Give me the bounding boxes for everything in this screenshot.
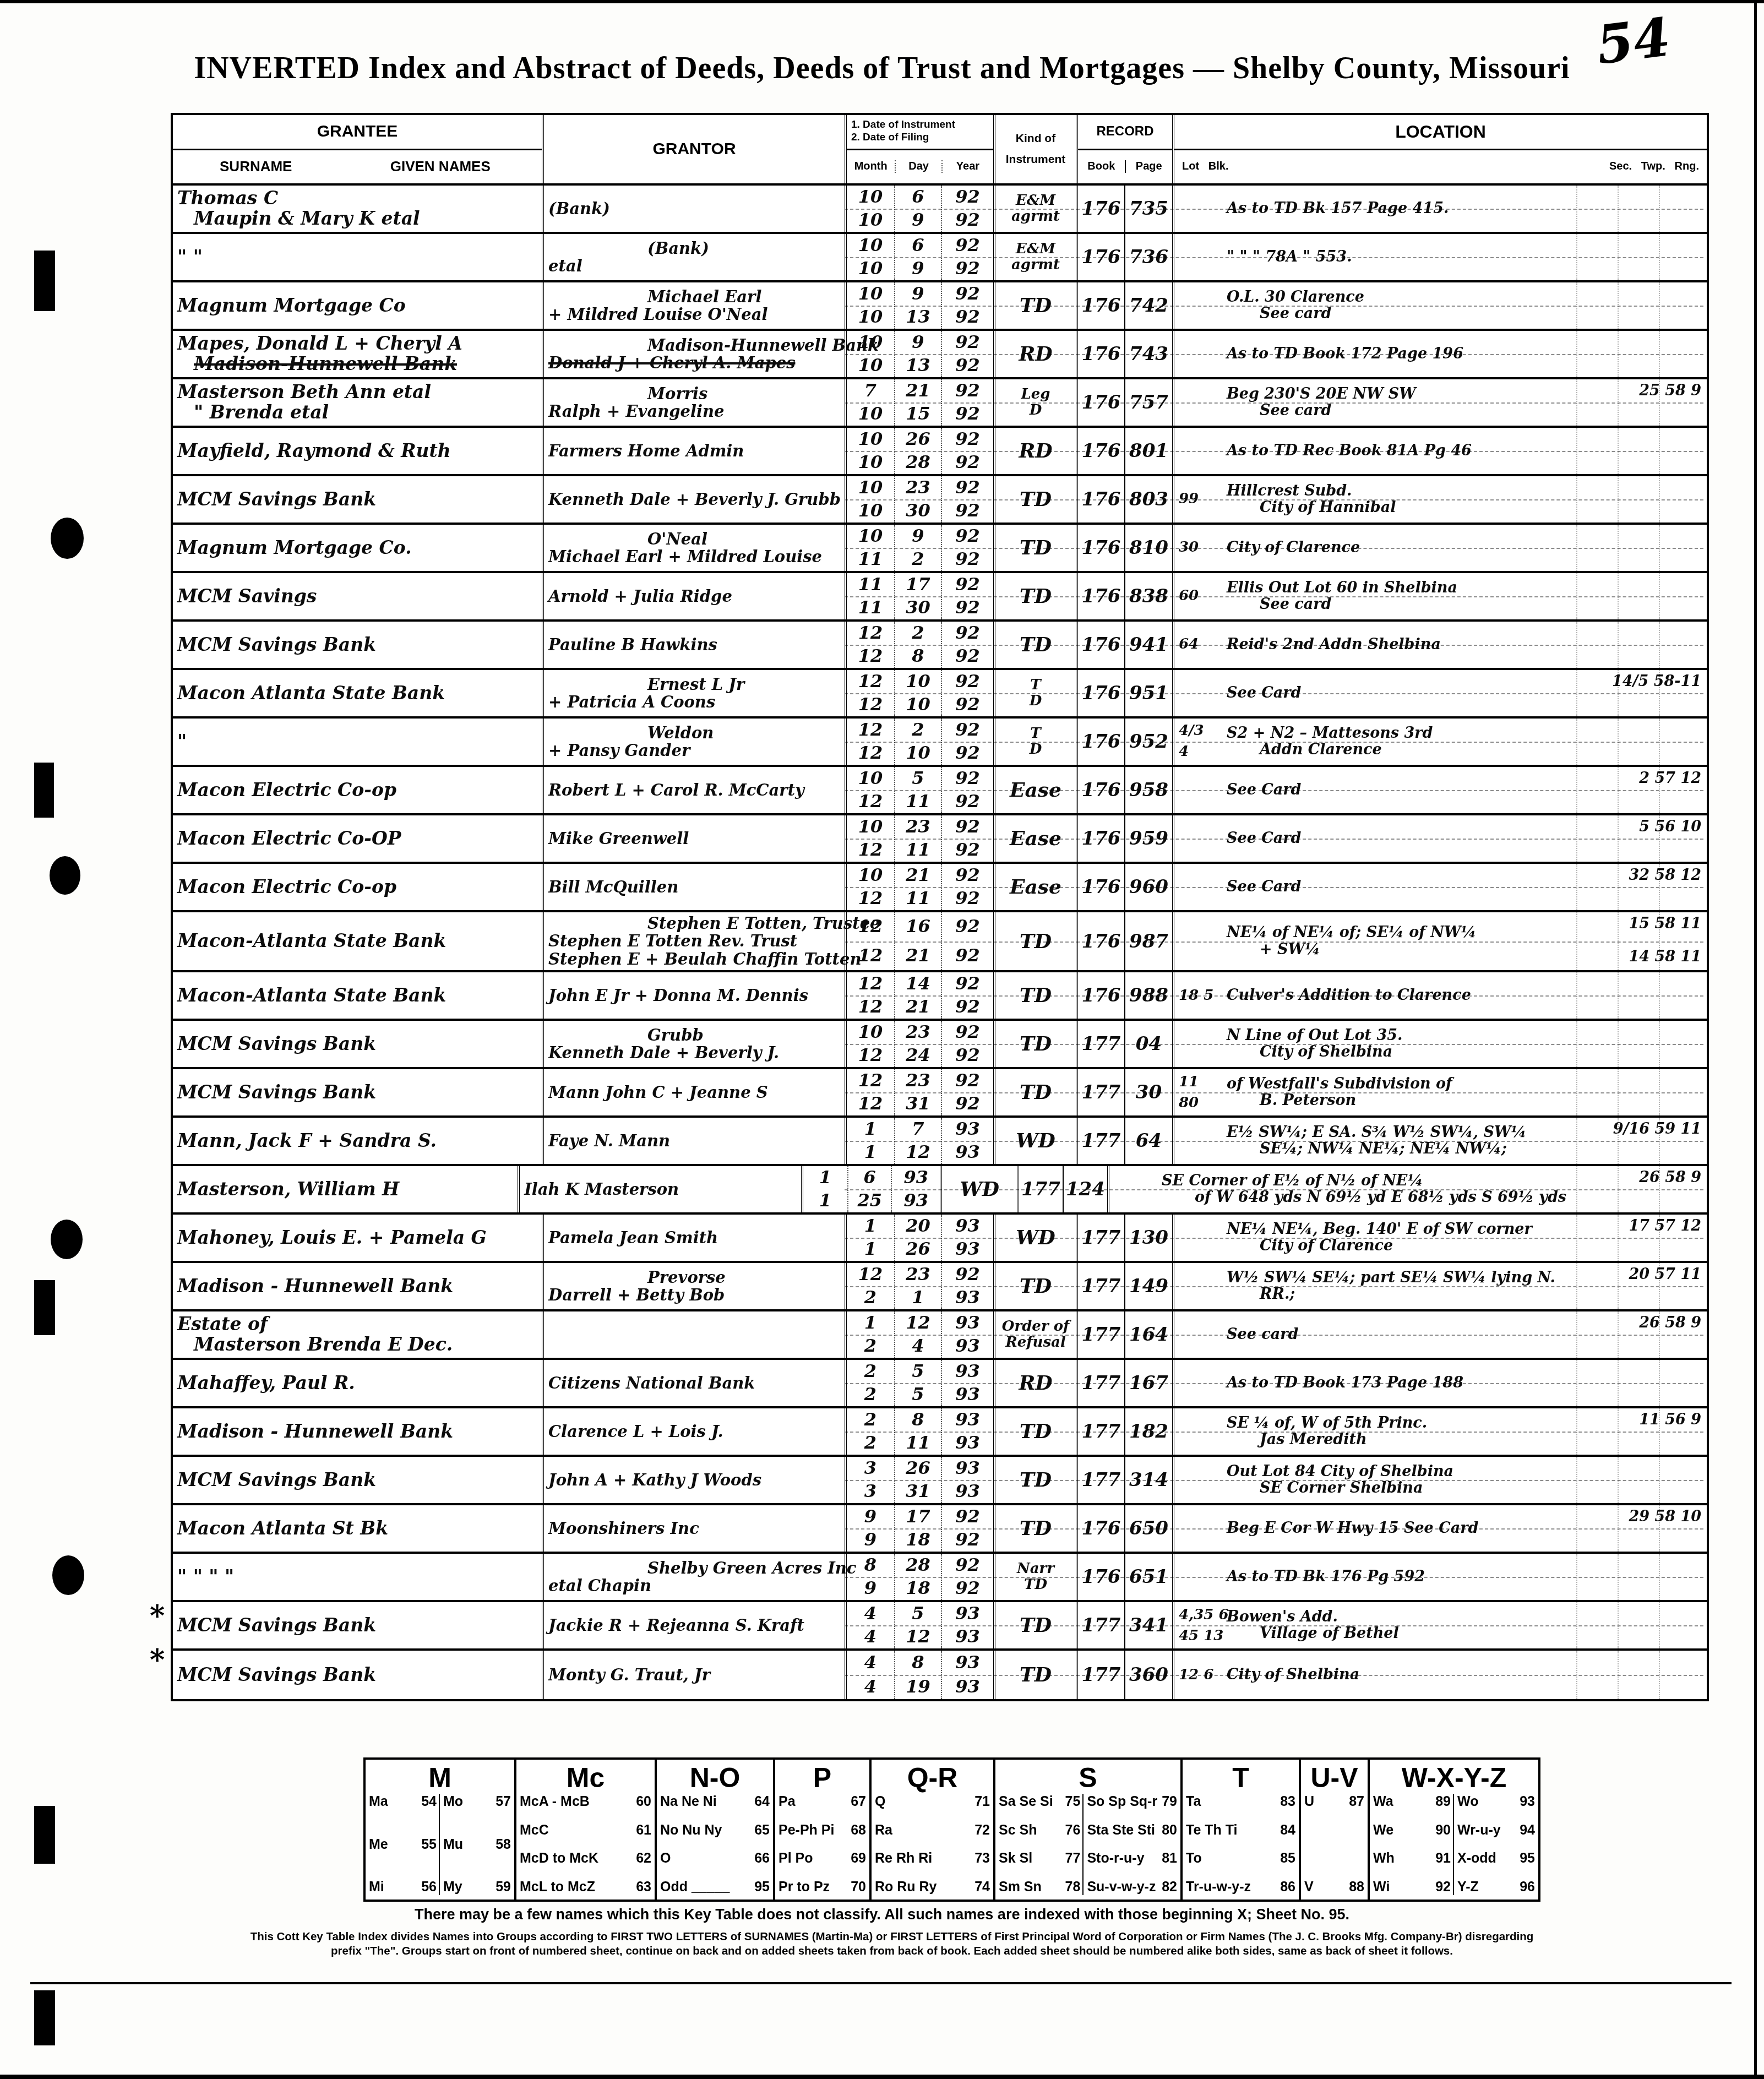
grantee-cell: Mayfield, Raymond & Ruth [173,428,542,474]
date-filing-value: 93 [955,1336,980,1356]
grantee-name-line: " [177,732,537,752]
grantor-cell [542,1311,845,1358]
date-filing-value: 10 [858,404,883,424]
grantee-name-line: Macon Electric Co-op [177,877,537,897]
ledger-entry: Mapes, Donald L + Cheryl AMadison-Hunnew… [173,331,1707,379]
entry-mid-dashed-rule [845,1675,1703,1676]
grantor-name-line: Robert L + Carol R. McCarty [548,781,840,799]
location-text-line: SE¼; NW¼ NE¼; NE¼ NW¼; [1227,1141,1566,1157]
date-instrument-value: 12 [858,917,883,937]
ledger-entry: Magnum Mortgage Co.O'NealMichael Earl + … [173,525,1707,573]
sec-value-line: 11 56 9 [1639,1412,1701,1428]
date-filing-value: 12 [858,946,883,966]
ledger-entry: Estate ofMasterson Brenda E Dec.12124939… [173,1311,1707,1360]
key-range-label: Sk Sl [999,1851,1032,1866]
grantee-cell: Magnum Mortgage Co. [173,525,542,571]
date-filing-value: 2 [912,549,924,569]
key-sheet-number: 60 [636,1794,651,1810]
grantor-cell: Faye N. Mann [542,1118,845,1164]
ledger-entry: MCM Savings BankJackie R + Rejeanna S. K… [173,1602,1707,1651]
date-filing-value: 12 [858,792,883,812]
date-filing-value: 4 [864,1627,876,1647]
grantee-cell: Mahoney, Louis E. + Pamela G [173,1215,542,1261]
location-text-line: Addn Clarence [1227,742,1566,758]
key-table-rows: Ta83Te Th Ti84To85Tr-u-w-y-z86 [1186,1794,1295,1895]
grantor-name-line: Prevorse [548,1269,840,1286]
key-range-label: U [1304,1794,1314,1810]
grantor-cell: Pauline B Hawkins [542,622,845,668]
key-sheet-number: 77 [1065,1851,1081,1866]
date-instrument-value: 12 [858,623,883,643]
location-text-line: of W 648 yds N 69½ yd E 68½ yds S 69½ yd… [1162,1189,1566,1206]
grantor-cell: Mann John C + Jeanne S [542,1069,845,1115]
key-table-pair: U87 [1304,1794,1364,1810]
date-filing-value: 93 [955,1288,980,1308]
key-table-pair: Ro Ru Ry74 [875,1879,990,1895]
ledger-entry: Madison - Hunnewell BankClarence L + Loi… [173,1408,1707,1457]
grantor-name-line: Pauline B Hawkins [548,636,840,654]
key-table-pair: Y-Z96 [1457,1879,1535,1895]
key-table-subcolumn: Q71Ra72Re Rh Ri73Ro Ru Ry74 [875,1794,990,1895]
header-rng-label: Rng. [1675,160,1699,172]
date-filing-value: 92 [955,1579,980,1598]
date-instrument-value: 93 [955,1653,980,1673]
grantee-name-line: Masterson Brenda E Dec. [177,1335,537,1355]
grantor-name-line: Arnold + Julia Ridge [548,587,840,605]
key-sheet-number: 95 [1520,1851,1535,1866]
binder-hole-mark [52,1555,84,1595]
date-filing-value: 25 [857,1191,882,1211]
grantor-cell: Arnold + Julia Ridge [542,573,845,619]
date-instrument-value: 6 [912,236,924,255]
location-text-line: City of Clarence [1227,1238,1566,1254]
key-range-label: To [1186,1851,1202,1866]
grantor-cell: (Bank) [542,186,845,232]
grantor-name-line: Madison-Hunnewell Bank [548,336,840,354]
key-sheet-number: 63 [636,1879,651,1895]
key-table-pair: Sc Sh76 [999,1822,1080,1838]
location-text-line: Jas Meredith [1227,1432,1566,1448]
key-sheet-number: 83 [1280,1794,1295,1810]
grantor-name-line: Mike Greenwell [548,830,840,847]
lot-value-line: 80 [1179,1095,1199,1111]
entry-mid-dashed-rule [845,693,1703,694]
key-table-rows: Wa89We90Wh91Wi92Wo93Wr-u-y94X-odd95Y-Z96 [1373,1794,1535,1895]
key-table-pair: My59 [443,1879,511,1895]
grantee-name-line: Madison - Hunnewell Bank [177,1422,537,1442]
key-sheet-number: 55 [421,1837,437,1853]
date-values: 11 [819,1166,831,1212]
date-instrument-value: 16 [906,917,930,937]
key-table-pair: Sta Ste Sti80 [1087,1822,1177,1838]
key-range-label: Sa Se Si [999,1794,1053,1810]
grantor-cell: Weldon+ Pansy Gander [542,719,845,765]
lot-value-line: 4 [1179,744,1204,760]
key-range-label: Ra [875,1822,892,1838]
key-table-pair: Me55 [369,1837,437,1853]
key-table-fine-print: This Cott Key Table Index divides Names … [237,1930,1547,1958]
date-instrument-value: 4 [864,1604,876,1624]
key-table-column-mc: McMcA - McB60McC61McD to McK62McL to McZ… [514,1760,655,1900]
key-table-subcolumn: Ma54Me55Mi56 [369,1794,437,1895]
date-filing-value: 12 [858,1046,883,1065]
date-instrument-value: 28 [906,1555,930,1575]
date-filing-value: 13 [906,356,930,375]
key-range-label: Mi [369,1879,384,1895]
grantor-cell: Robert L + Carol R. McCarty [542,767,845,813]
key-table-subcolumn: U87V88 [1304,1794,1364,1895]
key-sheet-number: 66 [754,1851,770,1866]
entry-mid-dashed-rule [845,1480,1703,1481]
date-instrument-value: 23 [906,478,930,498]
key-sheet-number: 92 [1435,1879,1451,1895]
key-table-subcolumn: Wa89We90Wh91Wi92 [1373,1794,1451,1895]
date-filing-value: 92 [955,549,980,569]
key-table-pair: Wh91 [1373,1851,1451,1866]
key-range-label: Me [369,1837,388,1853]
table-body: Thomas CMaupin & Mary K etal(Bank)101069… [173,186,1707,1699]
grantor-name-line: John A + Kathy J Woods [548,1471,840,1489]
key-sheet-number: 91 [1435,1851,1451,1866]
date-instrument-value: 23 [906,1265,930,1285]
grantee-name-line: MCM Savings Bank [177,489,537,510]
header-surname-label: SURNAME [173,158,339,175]
key-table-subcolumn: Sa Se Si75Sc Sh76Sk Sl77Sm Sn78 [999,1794,1080,1895]
grantor-cell: Kenneth Dale + Beverly J. Grubb [542,476,845,523]
date-instrument-value: 92 [955,429,980,449]
key-sheet-number: 87 [1349,1794,1364,1810]
key-range-label: Wi [1373,1879,1390,1895]
key-range-label: Wh [1373,1851,1395,1866]
page-title: INVERTED Index and Abstract of Deeds, De… [0,51,1764,86]
key-range-label: McD to McK [520,1851,598,1866]
key-sheet-number: 61 [636,1822,651,1838]
date-filing-value: 11 [906,792,930,812]
header-year-label: Year [941,160,993,173]
key-table-subcolumn: So Sp Sq-r79Sta Ste Sti80Sto-r-u-y81Su-v… [1082,1794,1177,1895]
grantor-cell: MorrisRalph + Evangeline [542,379,845,426]
date-filing-value: 92 [955,840,980,860]
date-filing-value: 12 [858,695,883,715]
key-table-pair: Q71 [875,1794,990,1810]
date-instrument-value: 20 [906,1216,930,1236]
date-instrument-value: 92 [955,478,980,498]
key-table-rows: Ma54Me55Mi56Mo57Mu58My59 [369,1794,511,1895]
header-grantee-label: GRANTEE [173,115,542,149]
location-text-line: City of Shelbina [1227,1044,1566,1060]
key-sheet-number: 59 [496,1879,511,1895]
grantor-name-line: Ralph + Evangeline [548,402,840,420]
location-text-line: S2 + N2 – Mattesons 3rd [1227,725,1566,742]
grantor-cell: John A + Kathy J Woods [542,1457,845,1503]
date-filing-value: 4 [912,1336,924,1356]
key-sheet-number: 78 [1065,1879,1081,1895]
sec-value-line: 5 56 10 [1639,819,1701,835]
date-filing-value: 92 [955,210,980,230]
key-range-label: My [443,1879,462,1895]
binder-mark [34,763,54,818]
grantee-cell: Macon-Atlanta State Bank [173,972,542,1019]
ledger-entry: Masterson Beth Ann etal" Brenda etalMorr… [173,379,1707,428]
ledger-entry: Madison - Hunnewell BankPrevorseDarrell … [173,1263,1707,1311]
grantee-cell: " [173,719,542,765]
key-table-pair: Sk Sl77 [999,1851,1080,1866]
location-text-line: SE Corner of E½ of N½ of NE¼ [1162,1173,1566,1189]
entry-mid-dashed-rule [845,839,1703,840]
date-filing-value: 93 [955,1627,980,1647]
entry-mid-dashed-rule [845,451,1703,452]
date-filing-value: 93 [955,1433,980,1453]
ledger-entry: Magnum Mortgage CoMichael Earl+ Mildred … [173,282,1707,331]
grantor-name-line: + Mildred Louise O'Neal [548,306,840,323]
ledger-entry: MCM Savings BankMann John C + Jeanne S12… [173,1069,1707,1118]
key-sheet-number: 82 [1162,1879,1177,1895]
location-text-line: Bowen's Add. [1227,1609,1566,1625]
grantor-name-line: Stephen E Totten Rev. Trust [548,932,840,950]
entry-mid-dashed-rule [845,354,1703,355]
date-filing-value: 2 [864,1336,876,1356]
date-filing-value: 4 [864,1677,876,1697]
date-instrument-value: 92 [955,1265,980,1285]
key-sheet-number: 80 [1162,1822,1177,1838]
grantee-name-line: Mayfield, Raymond & Ruth [177,441,537,461]
date-instrument-value: 10 [858,333,883,352]
grantor-cell: Clarence L + Lois J. [542,1408,845,1455]
date-instrument-value: 2 [912,623,924,643]
ledger-entry: Macon-Atlanta State BankJohn E Jr + Donn… [173,972,1707,1021]
location-text-line: Out Lot 84 City of Shelbina [1227,1463,1566,1480]
date-filing-value: 92 [955,501,980,521]
grantee-name-line: " " [177,247,537,268]
grantee-name-line: Maupin & Mary K etal [177,209,537,229]
key-sheet-number: 85 [1280,1851,1295,1866]
key-table-column-t: TTa83Te Th Ti84To85Tr-u-w-y-z86 [1180,1760,1299,1900]
date-instrument-value: 6 [864,1168,876,1188]
date-filing-value: 92 [955,1530,980,1550]
date-instrument-value: 92 [955,236,980,255]
scan-edge-top [0,0,1764,3]
key-table-rows: U87V88 [1304,1794,1364,1895]
key-table-rows: Sa Se Si75Sc Sh76Sk Sl77Sm Sn78So Sp Sq-… [999,1794,1177,1895]
grantee-name-line: MCM Savings Bank [177,1082,537,1103]
date-filing-value: 93 [955,1677,980,1697]
date-instrument-value: 92 [955,1022,980,1042]
key-table-column-u-v: U-VU87V88 [1299,1760,1368,1900]
date-filing-value: 12 [858,1094,883,1114]
kind-value: T [1030,677,1041,693]
key-table-column-s: SSa Se Si75Sc Sh76Sk Sl77Sm Sn78So Sp Sq… [993,1760,1180,1900]
date-filing-value: 11 [906,840,930,860]
date-instrument-value: 12 [858,720,883,740]
key-table-pair: McL to McZ63 [520,1879,651,1895]
grantor-cell: Ernest L Jr+ Patricia A Coons [542,670,845,716]
date-instrument-value: 92 [955,381,980,401]
key-sheet-number: 79 [1162,1794,1177,1810]
kind-value: Narr [1017,1561,1054,1577]
grantor-name-line: + Patricia A Coons [548,693,840,711]
entry-mid-dashed-rule [845,1528,1703,1530]
date-filing-value: 9 [912,259,924,279]
lot-value-line: 11 [1179,1074,1199,1090]
date-filing-value: 10 [858,210,883,230]
date-instrument-value: 26 [906,1458,930,1478]
key-table-subcolumn: Pa67Pe-Ph Pi68Pl Po69Pr to Pz70 [778,1794,866,1895]
grantor-name-line: Mann John C + Jeanne S [548,1084,840,1101]
date-filing-value: 18 [906,1579,930,1598]
key-sheet-number: 76 [1065,1822,1081,1838]
key-range-label: Odd _____ [660,1879,729,1895]
key-range-label: Re Rh Ri [875,1851,932,1866]
key-sheet-number: 88 [1349,1879,1364,1895]
date-instrument-value: 2 [864,1362,876,1381]
grantor-cell: (Bank)etal [542,234,845,280]
key-range-label: Pa [778,1794,796,1810]
key-range-label: O [660,1851,671,1866]
date-instrument-value: 93 [955,1362,980,1381]
key-range-label: Su-v-w-y-z [1087,1879,1156,1895]
header-given-names-label: GIVEN NAMES [339,158,542,175]
key-range-label: X-odd [1457,1851,1496,1866]
date-instrument-value: 7 [912,1119,924,1139]
date-instrument-value: 12 [858,1265,883,1285]
grantee-name-line: Macon Atlanta State Bank [177,683,537,704]
grantee-name-line: MCM Savings Bank [177,1665,537,1685]
key-table-column-p: PPa67Pe-Ph Pi68Pl Po69Pr to Pz70 [773,1760,869,1900]
date-instrument-value: 1 [864,1313,876,1333]
date-instrument-value: 8 [912,1653,924,1673]
date-instrument-value: 21 [906,866,930,885]
date-filing-value: 30 [906,501,930,521]
key-range-label: Sm Sn [999,1879,1042,1895]
key-table-subcolumn: Mo57Mu58My59 [439,1794,511,1895]
header-kind: Kind of Instrument [993,115,1076,183]
date-filing-value: 15 [906,404,930,424]
grantee-name-line: " Brenda etal [177,402,537,423]
key-range-label: No Nu Ny [660,1822,722,1838]
grantor-cell: O'NealMichael Earl + Mildred Louise [542,525,845,571]
grantor-name-line: etal Chapin [548,1577,840,1594]
date-filing-value: 10 [906,743,930,763]
grantee-cell: Madison - Hunnewell Bank [173,1408,542,1455]
location-text-line: NE¼ NE¼, Beg. 140' E of SW corner [1227,1221,1566,1238]
key-sheet-number: 81 [1162,1851,1177,1866]
grantor-name-line: Pamela Jean Smith [548,1229,840,1247]
grantee-name-line: Mahaffey, Paul R. [177,1373,537,1394]
entry-mid-dashed-rule [845,306,1703,307]
grantee-cell: Macon Electric Co-OP [173,815,542,862]
date-instrument-value: 10 [858,866,883,885]
grantor-name-line: John E Jr + Donna M. Dennis [548,987,840,1004]
key-table-rows: Q71Ra72Re Rh Ri73Ro Ru Ry74 [875,1794,990,1895]
key-table-pair: Sto-r-u-y81 [1087,1851,1177,1866]
date-filing-value: 30 [906,598,930,618]
header-kind-label2: Instrument [1006,153,1066,166]
ledger-entry: MCM Savings BankGrubbKenneth Dale + Beve… [173,1021,1707,1069]
key-range-label: Na Ne Ni [660,1794,717,1810]
header-grantor: GRANTOR [542,115,845,183]
grantee-cell: " " " " [173,1554,542,1600]
date-filing-value: 92 [955,792,980,812]
sec-value-line: 26 58 9 [1639,1169,1701,1186]
grantor-name-line: Jackie R + Rejeanna S. Kraft [548,1617,840,1634]
date-filing-value: 92 [955,453,980,472]
date-filing-value: 92 [955,946,980,966]
key-sheet-number: 94 [1520,1822,1535,1838]
key-range-label: McL to McZ [520,1879,595,1895]
key-table-column-header: U-V [1304,1762,1364,1794]
key-sheet-number: 68 [851,1822,866,1838]
key-sheet-number: 64 [754,1794,770,1810]
ledger-entry: Masterson, William HIlah K Masterson1162… [173,1166,1707,1215]
grantor-name-line: Kenneth Dale + Beverly J. Grubb [548,491,840,508]
date-filing-value: 5 [912,1385,924,1405]
key-range-label: So Sp Sq-r [1087,1794,1157,1810]
grantee-name-line: Mapes, Donald L + Cheryl A [177,334,537,354]
date-instrument-value: 11 [858,575,883,595]
sec-value-line: 9/16 59 11 [1613,1121,1701,1138]
grantor-cell: Stephen E Totten, TrusteeStephen E Totte… [542,912,845,970]
ledger-entry: Macon Electric Co-OPMike Greenwell101223… [173,815,1707,864]
key-range-label: Te Th Ti [1186,1822,1238,1838]
grantee-name-line: Mahoney, Louis E. + Pamela G [177,1228,537,1248]
sec-value-line: 32 58 12 [1629,867,1701,884]
date-filing-value: 10 [906,695,930,715]
grantee-name-line: Masterson, William H [177,1179,513,1200]
key-table-column-header: Q-R [875,1762,990,1794]
kind-value: TD [1024,1577,1047,1593]
entry-mid-dashed-rule [845,596,1703,597]
date-instrument-value: 2 [912,720,924,740]
key-range-label: Sta Ste Sti [1087,1822,1155,1838]
header-date-filing-label: 2. Date of Filing [851,132,929,144]
key-range-label: Pe-Ph Pi [778,1822,834,1838]
grantee-cell: Masterson, William H [173,1166,518,1212]
header-lot-label: Lot [1182,160,1199,172]
date-instrument-value: 12 [858,974,883,994]
grantee-name-line: Mann, Jack F + Sandra S. [177,1131,537,1151]
grantor-name-line: Clarence L + Lois J. [548,1423,840,1440]
key-table-pair: We90 [1373,1822,1451,1838]
key-table-rows: McA - McB60McC61McD to McK62McL to McZ63 [520,1794,651,1895]
entry-mid-dashed-rule [845,1577,1703,1578]
kind-value: D [1030,402,1042,418]
sec-value-line: 14 58 11 [1629,949,1701,965]
grantee-cell: Estate ofMasterson Brenda E Dec. [173,1311,542,1358]
date-instrument-value: 92 [955,526,980,546]
key-sheet-number: 58 [496,1837,511,1853]
key-sheet-number: 95 [754,1879,770,1895]
ledger-entry: MCM Savings BankPauline B Hawkins1212289… [173,622,1707,670]
date-instrument-value: 9 [912,284,924,304]
grantor-cell: Michael Earl+ Mildred Louise O'Neal [542,282,845,329]
key-sheet-number: 65 [754,1822,770,1838]
grantor-name-line: Bill McQuillen [548,878,840,896]
ledger-entry: Macon-Atlanta State BankStephen E Totten… [173,912,1707,972]
binder-mark [34,1280,55,1335]
date-filing-value: 2 [864,1433,876,1453]
key-table-rows: Na Ne Ni64No Nu Ny65O66Odd _____95 [660,1794,770,1895]
kind-value: D [1030,742,1042,758]
grantee-cell: Macon-Atlanta State Bank [173,912,542,970]
date-instrument-value: 8 [912,1410,924,1430]
grantee-cell: MCM Savings Bank [173,476,542,523]
key-table-pair: Re Rh Ri73 [875,1851,990,1866]
location-text-line: O.L. 30 Clarence [1227,289,1566,306]
date-instrument-value: 92 [955,575,980,595]
date-instrument-value: 2 [864,1410,876,1430]
grantee-name-line: Masterson Beth Ann etal [177,382,537,402]
date-instrument-value: 10 [858,478,883,498]
